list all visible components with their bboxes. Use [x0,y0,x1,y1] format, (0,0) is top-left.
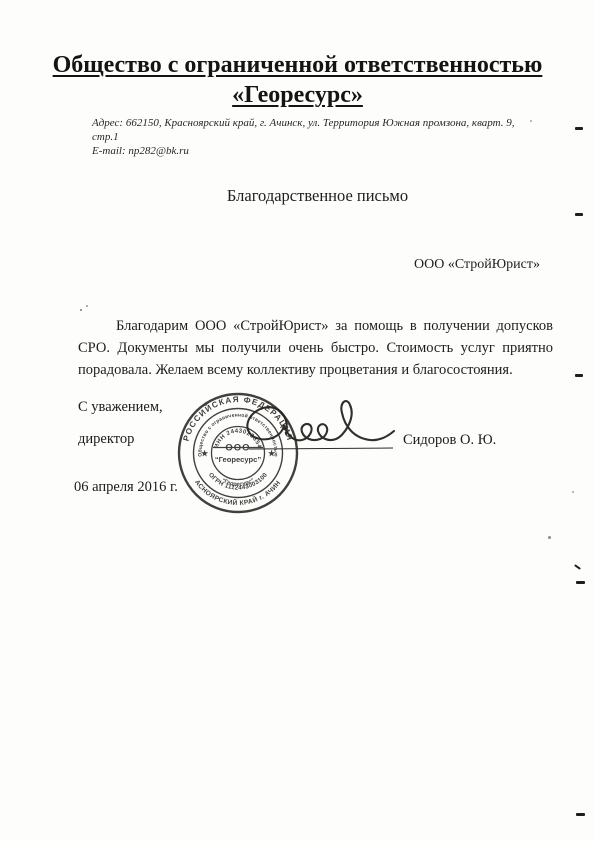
letterhead-contacts: Адрес: 662150, Красноярский край, г. Ачи… [92,116,535,158]
org-name-line2: «Георесурс» [232,82,363,108]
letter-date: 06 апреля 2016 г. [74,479,178,496]
signer-name: Сидоров О. Ю. [403,432,496,449]
letter-title: Благодарственное письмо [20,186,595,206]
scan-artifact [576,581,585,584]
letter-body: Благодарим ООО «СтройЮрист» за помощь в … [78,315,553,381]
scan-artifact [575,127,583,130]
scan-artifact [530,120,532,122]
recipient: ООО «СтройЮрист» [414,257,540,273]
org-address: Адрес: 662150, Красноярский край, г. Ачи… [92,116,535,144]
scan-artifact [80,309,82,311]
scan-artifact [575,213,583,216]
scan-artifact [548,536,551,539]
scan-artifact [572,491,574,493]
scan-artifact [86,305,88,307]
scan-artifact [576,813,585,816]
handwritten-signature [232,398,412,460]
org-name-heading: Общество с ограниченной ответственностью… [30,50,565,110]
stamp-star-left: ★ [201,449,209,458]
scan-artifact [574,564,581,570]
closing-phrase: С уважением, [78,399,163,416]
org-name-line1: Общество с ограниченной ответственностью [53,52,543,78]
signer-role: директор [78,431,134,448]
scan-artifact [575,374,583,377]
org-email: E-mail: np282@bk.ru [92,144,535,158]
scanned-letter-page: Общество с ограниченной ответственностью… [0,0,595,841]
